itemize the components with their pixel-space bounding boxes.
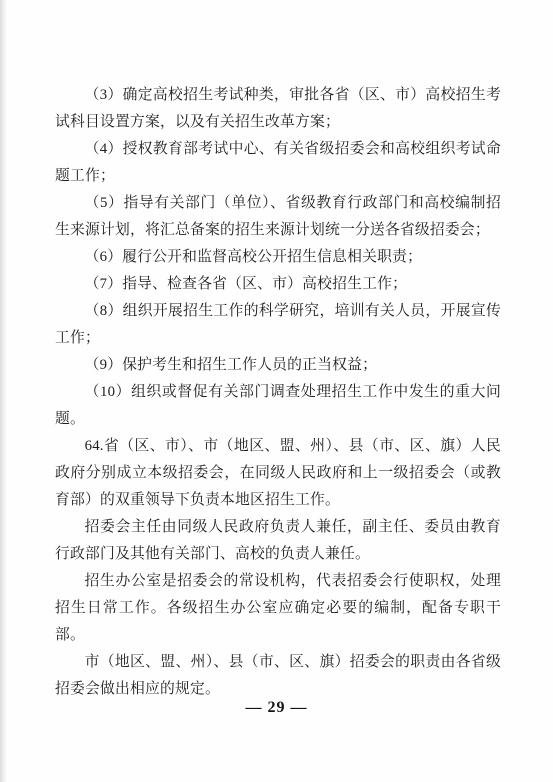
page-footer: — 29 —: [0, 699, 553, 717]
duty-item-10: （10）组织或督促有关部门调查处理招生工作中发生的重大问题。: [55, 379, 501, 433]
duty-item-6: （6）履行公开和监督高校公开招生信息相关职责；: [55, 244, 501, 271]
para-committee-leadership: 招委会主任由同级人民政府负责人兼任，副主任、委员由教育行政部门及其他有关部门、高…: [55, 514, 501, 568]
duty-item-9: （9）保护考生和招生工作人员的正当权益；: [55, 352, 501, 379]
duty-item-3: （3）确定高校招生考试种类，审批各省（区、市）高校招生考试科目设置方案，以及有关…: [55, 82, 501, 136]
para-admissions-office: 招生办公室是招委会的常设机构，代表招委会行使职权，处理招生日常工作。各级招生办公…: [55, 568, 501, 649]
page-number: — 29 —: [246, 699, 308, 716]
duty-item-5: （5）指导有关部门（单位）、省级教育行政部门和高校编制招生来源计划，将汇总备案的…: [55, 190, 501, 244]
duty-item-8: （8）组织开展招生工作的科学研究，培训有关人员，开展宣传工作；: [55, 298, 501, 352]
para-local-committee-duties: 市（地区、盟、州）、县（市、区、旗）招委会的职责由各省级招委会做出相应的规定。: [55, 649, 501, 703]
document-page: （3）确定高校招生考试种类，审批各省（区、市）高校招生考试科目设置方案，以及有关…: [0, 0, 553, 782]
scan-edge-shadow: [0, 0, 7, 782]
duty-item-7: （7）指导、检查各省（区、市）高校招生工作；: [55, 271, 501, 298]
duty-item-4: （4）授权教育部考试中心、有关省级招委会和高校组织考试命题工作；: [55, 136, 501, 190]
clause-64-intro: 64.省（区、市）、市（地区、盟、州）、县（市、区、旗）人民政府分别成立本级招委…: [55, 433, 501, 514]
text-body: （3）确定高校招生考试种类，审批各省（区、市）高校招生考试科目设置方案，以及有关…: [55, 82, 501, 703]
